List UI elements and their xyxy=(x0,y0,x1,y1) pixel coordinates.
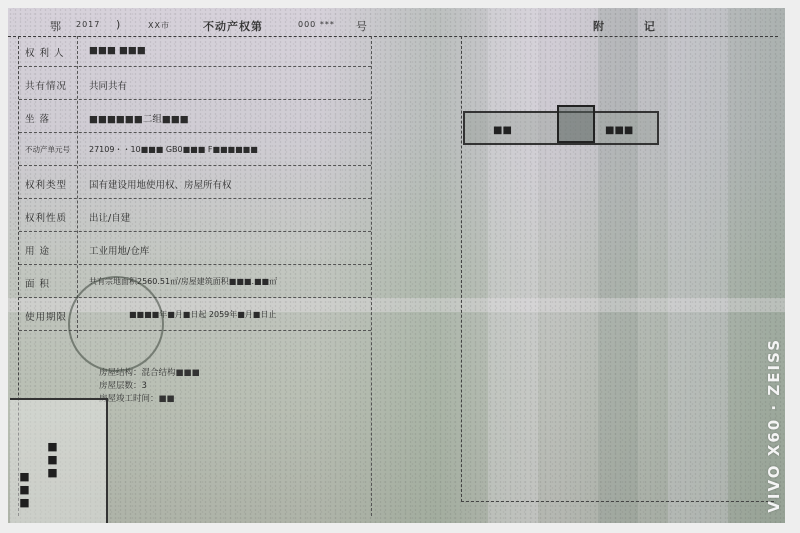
header-cert-label: 不动产权第 xyxy=(203,18,263,34)
field-label: 用 途 xyxy=(25,243,83,257)
official-seal xyxy=(68,276,164,372)
certificate-photo: 鄂 2017 ) XX市 不动产权第 000 *** 号 附 记 权 利 人 ■… xyxy=(8,8,785,523)
field-row-location: 坐 落 ■■■■■■二组■■■ xyxy=(19,102,371,133)
field-row-area: 面 积 共有宗地面积2560.51㎡/房屋建筑面积■■■.■■㎡ xyxy=(19,267,371,298)
header-bracket: ) xyxy=(116,18,121,31)
field-row-owner: 权 利 人 ■■■ ■■■ xyxy=(19,36,371,67)
field-label: 共有情况 xyxy=(25,78,83,92)
field-label: 面 积 xyxy=(25,276,83,290)
field-label: 不动产单元号 xyxy=(25,144,83,155)
record-stamp-text: ■■ xyxy=(493,125,512,136)
footnote-completion: 房屋竣工时间：■■ xyxy=(99,392,175,404)
field-value: ■■■ ■■■ xyxy=(89,45,146,56)
field-value: 工业用地/仓库 xyxy=(89,243,149,257)
signature-stamp-box: ■■■ ■■■ xyxy=(10,398,108,523)
header-cert-number: 000 *** xyxy=(298,20,335,29)
header-suffix: 号 xyxy=(356,18,368,34)
field-row-unit-number: 不动产单元号 27109・・10■■■ GB0■■■ F■■■■■■ xyxy=(19,135,371,166)
field-value: 国有建设用地使用权、房屋所有权 xyxy=(89,177,232,191)
header-prefix: 鄂 xyxy=(50,18,62,34)
certificate-header: 鄂 2017 ) XX市 不动产权第 000 *** 号 附 记 xyxy=(8,16,785,34)
field-row-usage: 用 途 工业用地/仓库 xyxy=(19,234,371,265)
field-row-co-ownership: 共有情况 共同共有 xyxy=(19,69,371,100)
handwritten-signature: ■■■ xyxy=(46,440,59,479)
attachment-section xyxy=(461,36,774,502)
record-stamp-text: ■■■ xyxy=(605,125,633,136)
field-row-right-type: 权利类型 国有建设用地使用权、房屋所有权 xyxy=(19,168,371,199)
footnote-floors: 房屋层数：3 xyxy=(99,379,147,391)
handwritten-signature: ■■■ xyxy=(18,470,31,509)
field-label: 权利类型 xyxy=(25,177,83,191)
header-city: XX市 xyxy=(148,20,170,31)
field-value: 27109・・10■■■ GB0■■■ F■■■■■■ xyxy=(89,144,258,155)
field-label: 权利性质 xyxy=(25,210,83,224)
field-row-right-nature: 权利性质 出让/自建 xyxy=(19,201,371,232)
field-label: 坐 落 xyxy=(25,111,83,125)
field-label: 权 利 人 xyxy=(25,45,83,59)
record-stamp: ■■ ■■■ xyxy=(463,111,659,145)
square-seal-icon xyxy=(557,105,595,143)
header-year: 2017 xyxy=(76,20,100,29)
camera-watermark: VIVO X60 · ZEISS xyxy=(765,338,783,513)
field-value: 出让/自建 xyxy=(89,210,130,224)
attachment-title: 附 记 xyxy=(593,18,673,34)
field-value: 共同共有 xyxy=(89,78,127,92)
field-value: ■■■■■■二组■■■ xyxy=(89,111,189,125)
